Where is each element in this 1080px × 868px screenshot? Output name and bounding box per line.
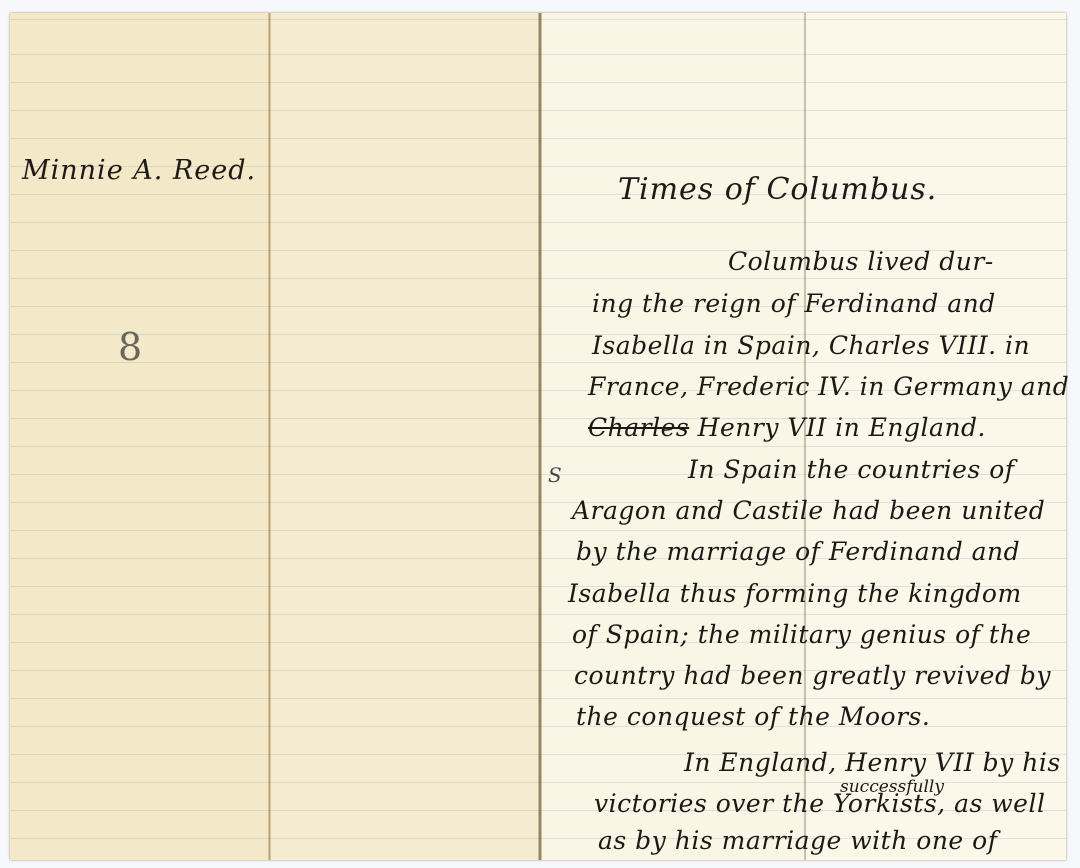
essay-line: as by his marriage with one of [598,826,997,855]
essay-line: In England, Henry VII by his [684,748,1061,777]
essay-line: of Spain; the military genius of the [572,620,1031,649]
inserted-correction: successfully [840,777,944,797]
cover-page-left [10,13,270,860]
essay-line: Aragon and Castile had been united [572,496,1045,525]
author-name: Minnie A. Reed. [22,155,256,186]
essay-line: France, Frederic IV. in Germany and [588,372,1069,401]
essay-line: In Spain the countries of [688,455,1015,484]
cover-page-right [270,13,540,860]
margin-mark: S [548,463,562,487]
essay-line: Isabella in Spain, Charles VIII. in [592,331,1030,360]
sheet-spine-fold [538,13,542,860]
struck-word: Charles [588,413,689,442]
essay-line: victories over the Yorkists, as well [594,789,1045,818]
essay-line: ing the reign of Ferdinand and [592,289,996,318]
essay-line: the conquest of the Moors. [576,702,930,731]
line-text: Henry VII in England. [698,413,986,442]
essay-line: by the marriage of Ferdinand and [576,537,1020,566]
essay-line: Columbus lived dur- [728,247,994,276]
essay-line: Isabella thus forming the kingdom [568,579,1022,608]
essay-number: 8 [118,325,142,369]
essay-line: country had been greatly revived by [574,661,1051,690]
essay-title: Times of Columbus. [618,172,937,207]
paper-fold [268,13,271,860]
essay-line: Charles Henry VII in England. [588,413,986,442]
